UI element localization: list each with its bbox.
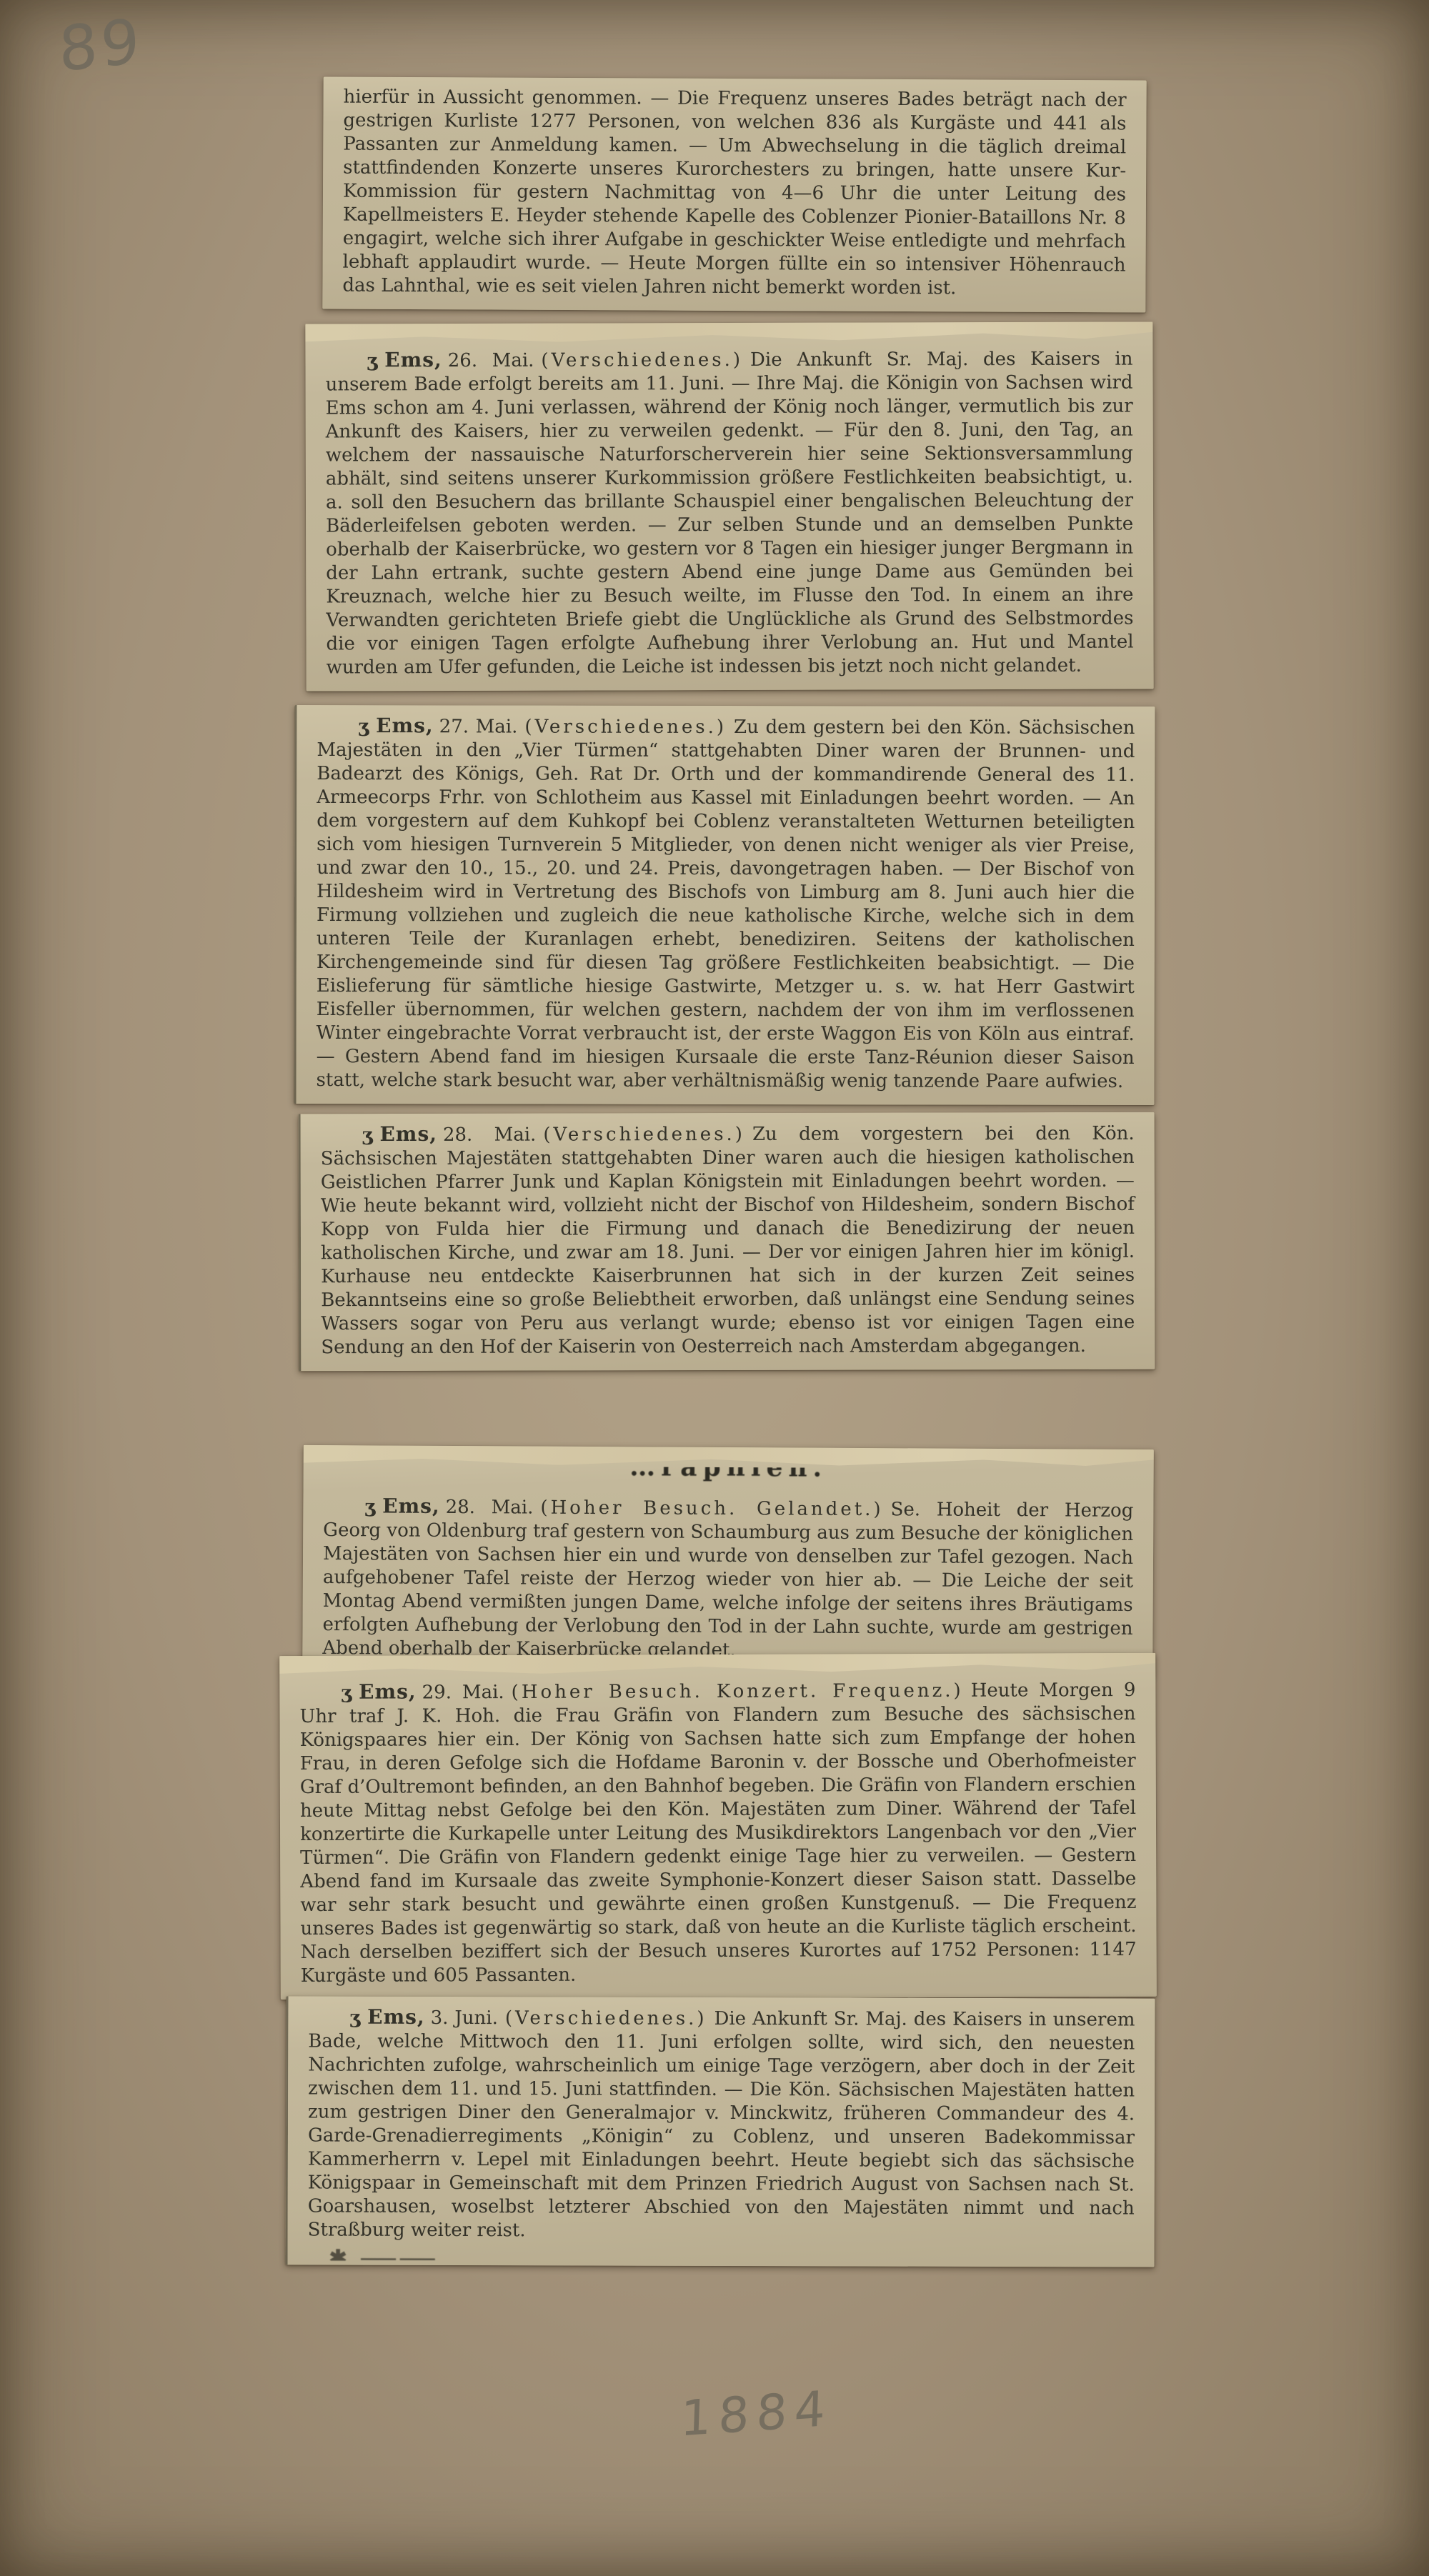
correspondent-mark: ʒ: [364, 1496, 375, 1517]
article-body: ʒEms,28. Mai.(Hoher Besuch. Gelandet.)Se…: [322, 1494, 1133, 1664]
article-dateline: ʒEms,27. Mai.(Verschiedenes.): [358, 716, 734, 738]
cutoff-next-article-fragment: ✱ ⸺⸺: [329, 2247, 1135, 2263]
article-text: Heute Morgen 9 Uhr traf J. K. Hoh. die F…: [299, 1679, 1136, 1987]
dateline-date: 3. Juni.: [431, 2007, 498, 2029]
article-text: hierfür in Aussicht genommen. — Die Freq…: [342, 86, 1126, 299]
article-text: Die Ankunft Sr. Maj. des Kaisers in unse…: [326, 349, 1134, 679]
clipping-ems-26-mai: ʒEms,26. Mai.(Verschiedenes.)Die Ankunft…: [305, 321, 1153, 691]
dateline-rubric: (Verschiedenes.): [524, 717, 727, 738]
dateline-rubric: (Hoher Besuch. Konzert. Frequenz.): [512, 1680, 964, 1703]
article-body: hierfür in Aussicht genommen. — Die Freq…: [342, 86, 1126, 301]
article-dateline: ʒEms,3. Juni.(Verschiedenes.): [349, 2007, 714, 2030]
torn-paper-edge: [305, 321, 1152, 342]
dateline-rubric: (Hoher Besuch. Gelandet.): [540, 1497, 883, 1521]
clipping-ems-28-mai-hoher-besuch: …raphien. ʒEms,28. Mai.(Hoher Besuch. Ge…: [302, 1445, 1154, 1676]
dateline-date: 28. Mai.: [443, 1124, 536, 1146]
dateline-place: Ems,: [376, 714, 434, 737]
dateline-rubric: (Verschiedenes.): [505, 2007, 707, 2030]
dateline-date: 28. Mai.: [446, 1497, 534, 1519]
torn-paper-edge: [304, 1445, 1154, 1468]
dateline-place: Ems,: [367, 2005, 425, 2029]
clipping-ems-29-mai: ʒEms,29. Mai.(Hoher Besuch. Konzert. Fre…: [279, 1653, 1157, 2000]
article-text: Zu dem vorgestern bei den Kön. Sächsisch…: [321, 1123, 1135, 1358]
torn-headline-fragment: …raphien.: [324, 1465, 1134, 1494]
dateline-date: 27. Mai.: [439, 716, 518, 737]
clipping-ems-28-mai-verschiedenes: ʒEms,28. Mai.(Verschiedenes.)Zu dem vorg…: [299, 1112, 1155, 1372]
article-body: ʒEms,28. Mai.(Verschiedenes.)Zu dem vorg…: [321, 1121, 1135, 1359]
article-text: Die Ankunft Sr. Maj. des Kaisers in unse…: [308, 2008, 1135, 2241]
correspondent-mark: ʒ: [362, 1124, 373, 1146]
article-body: ʒEms,29. Mai.(Hoher Besuch. Konzert. Fre…: [299, 1677, 1136, 1988]
dateline-rubric: (Verschiedenes.): [543, 1124, 745, 1146]
correspondent-mark: ʒ: [367, 350, 377, 371]
dateline-date: 29. Mai.: [422, 1682, 504, 1703]
handwritten-page-number: 89: [58, 6, 144, 86]
article-body: ʒEms,27. Mai.(Verschiedenes.)Zu dem gest…: [317, 714, 1135, 1094]
correspondent-mark: ʒ: [341, 1682, 352, 1704]
article-dateline: ʒEms,26. Mai.(Verschiedenes.): [367, 349, 750, 371]
torn-paper-edge: [279, 1653, 1155, 1674]
dateline-rubric: (Verschiedenes.): [541, 349, 743, 371]
article-body: ʒEms,26. Mai.(Verschiedenes.)Die Ankunft…: [325, 346, 1133, 680]
clipping-ems-27-mai: ʒEms,27. Mai.(Verschiedenes.)Zu dem gest…: [294, 705, 1155, 1105]
article-dateline: ʒEms,28. Mai.(Hoher Besuch. Gelandet.): [364, 1496, 890, 1520]
correspondent-mark: ʒ: [358, 716, 369, 737]
article-text: Se. Hoheit der Herzog Georg von Oldenbur…: [322, 1499, 1133, 1661]
dateline-place: Ems,: [379, 1122, 437, 1146]
dateline-date: 26. Mai.: [448, 350, 534, 371]
article-dateline: ʒEms,28. Mai.(Verschiedenes.): [362, 1124, 752, 1146]
clipping-continuation-fragment: hierfür in Aussicht genommen. — Die Freq…: [322, 76, 1146, 312]
handwritten-year: 1884: [679, 2380, 833, 2447]
torn-headline-text: …raphien.: [324, 1465, 1134, 1482]
dateline-place: Ems,: [359, 1679, 417, 1703]
article-body: ʒEms,3. Juni.(Verschiedenes.)Die Ankunft…: [308, 2005, 1135, 2244]
clipping-ems-3-juni: ʒEms,3. Juni.(Verschiedenes.)Die Ankunft…: [286, 1996, 1155, 2267]
article-text: Zu dem gestern bei den Kön. Sächsischen …: [317, 717, 1135, 1092]
article-dateline: ʒEms,29. Mai.(Hoher Besuch. Konzert. Fre…: [341, 1680, 970, 1704]
dateline-place: Ems,: [384, 348, 442, 371]
correspondent-mark: ʒ: [349, 2007, 360, 2029]
dateline-place: Ems,: [382, 1494, 440, 1517]
scrapbook-page: 89 hierfür in Aussicht genommen. — Die F…: [0, 0, 1429, 2576]
